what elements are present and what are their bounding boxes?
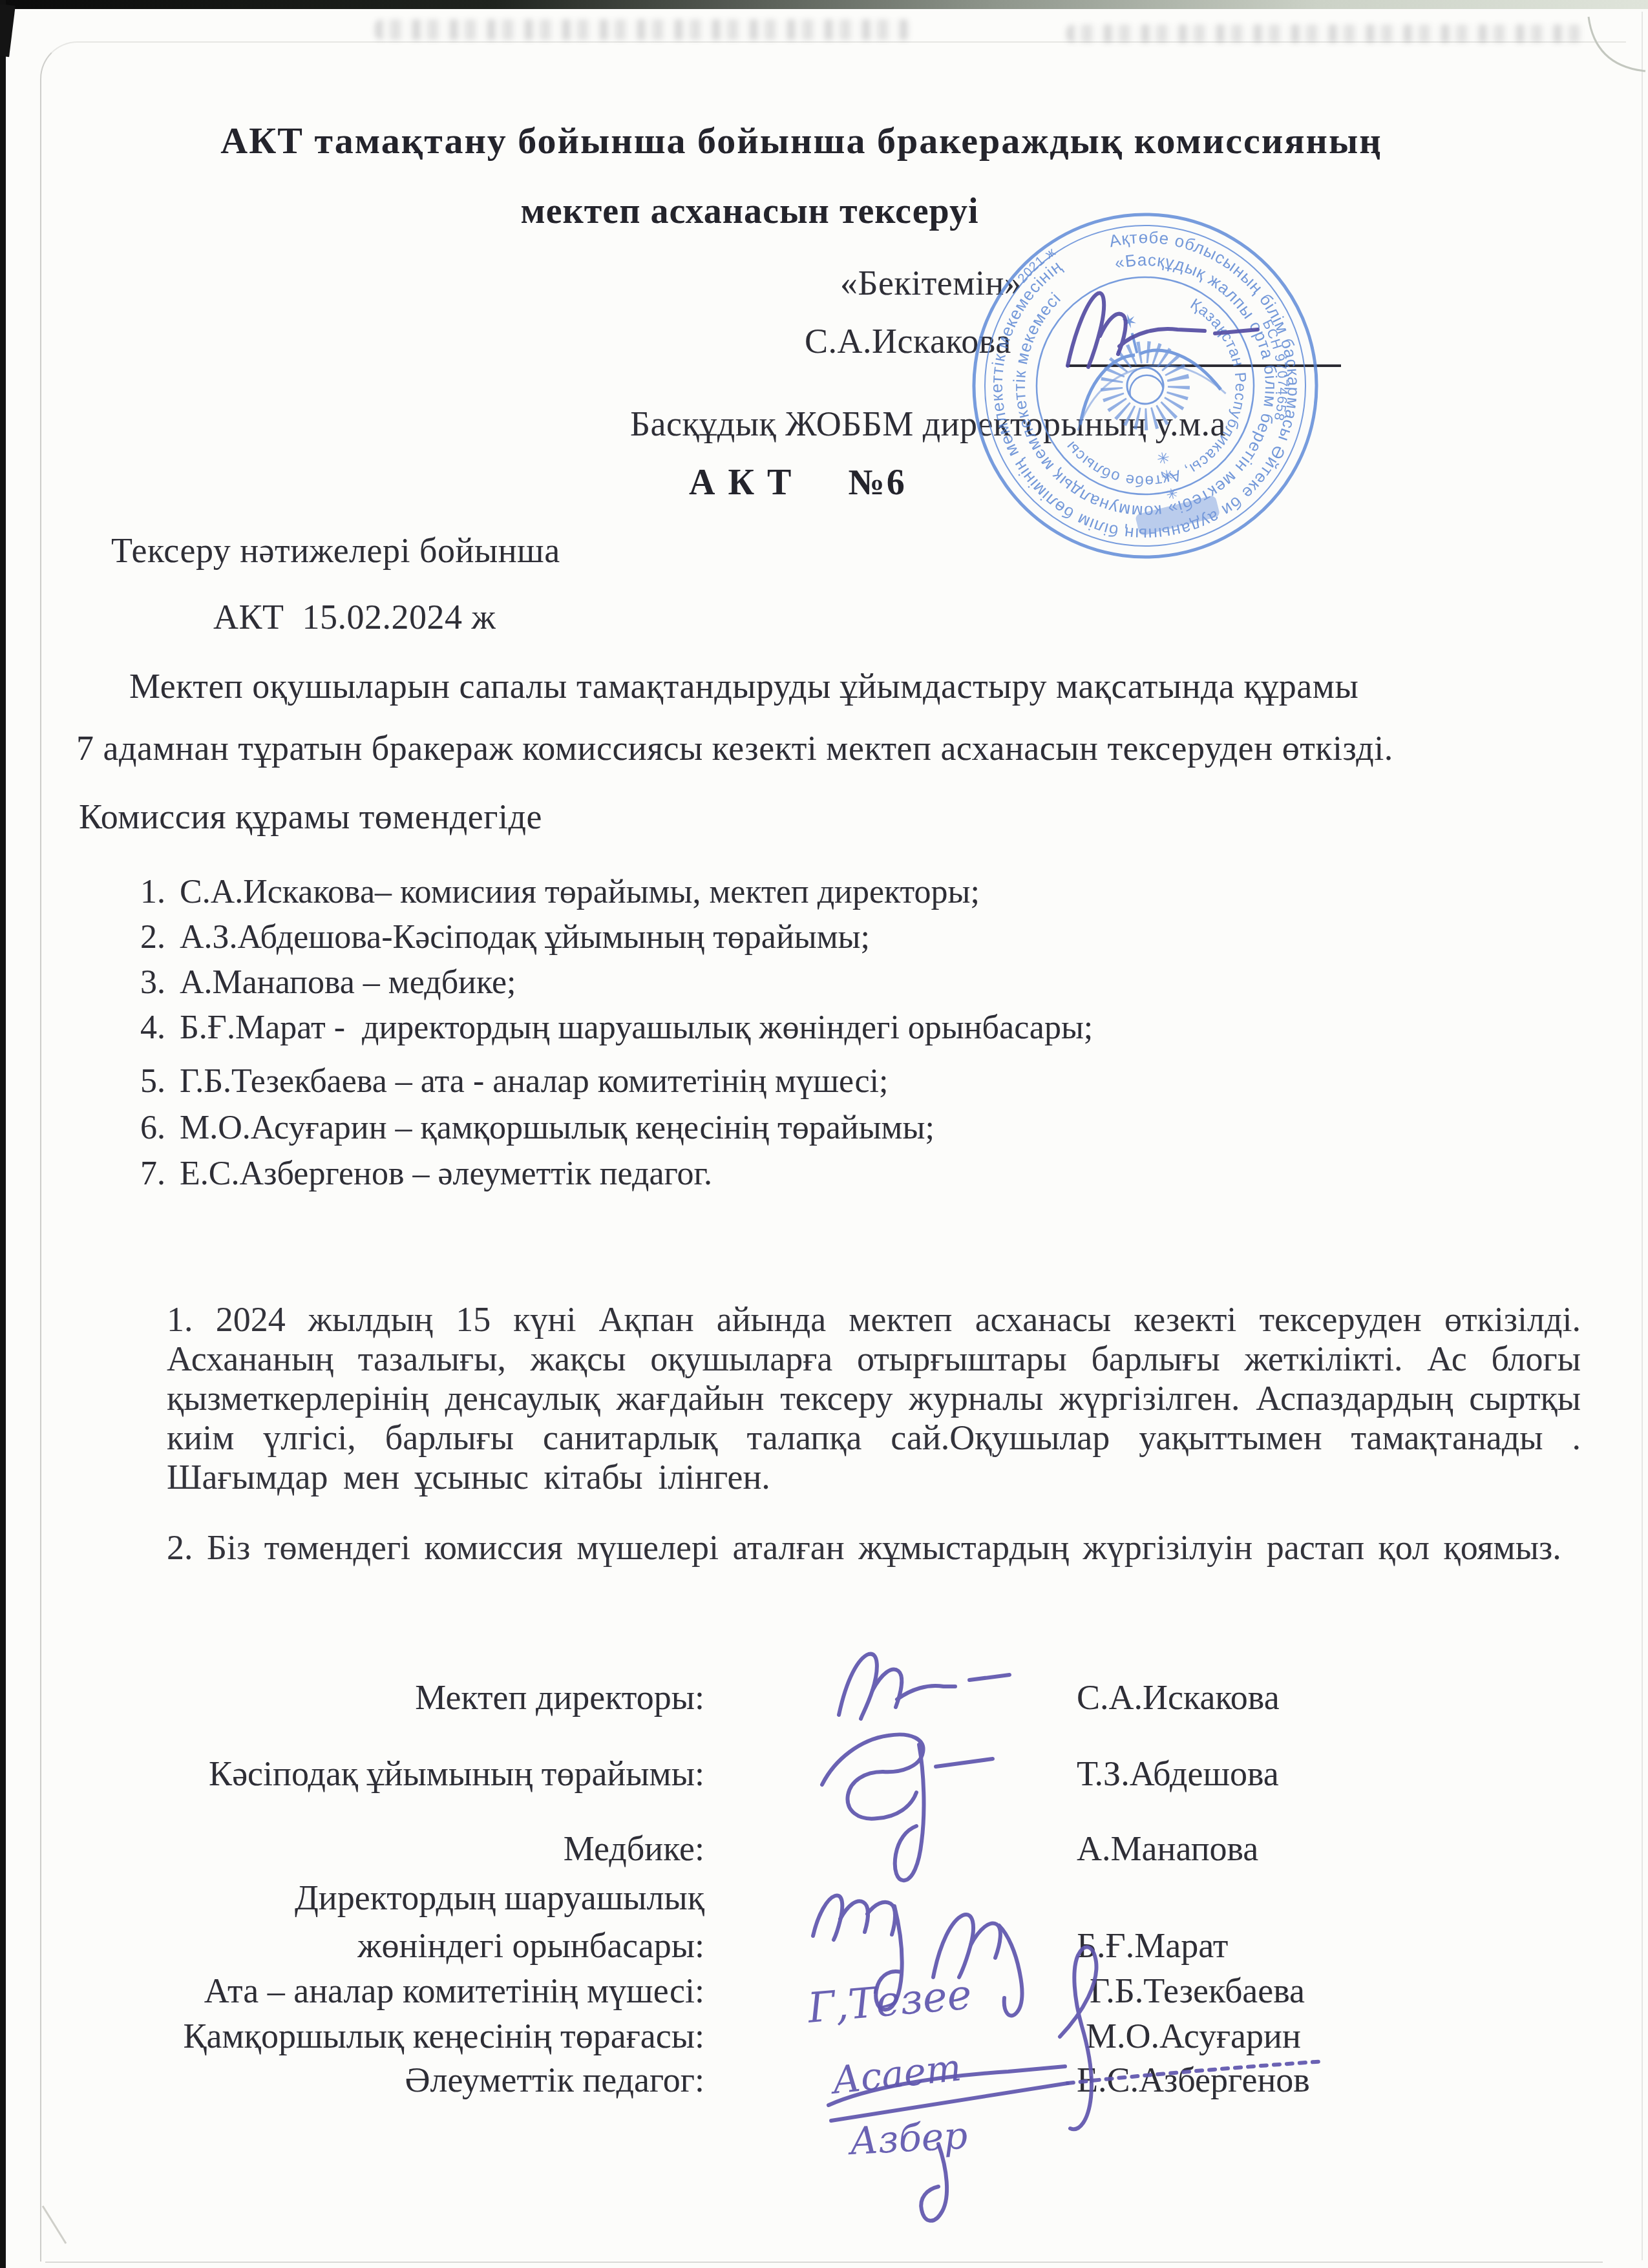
- scan-edge-corner: [0, 4, 16, 57]
- approver-name: С.А.Искакова: [805, 322, 1011, 361]
- signature-row-name: С.А.Искакова: [1077, 1677, 1280, 1717]
- list-item-text: Г.Б.Тезекбаева – ата - аналар комитетіні…: [180, 1063, 888, 1100]
- signature-row-name: Б.Ғ.Марат: [1077, 1926, 1228, 1966]
- ghost-text-smudge-right: [1066, 25, 1583, 43]
- scanned-document-page: { "doc": { "title_line1": "АКТ тамақтану…: [0, 0, 1648, 2268]
- act-date-line: АКТ 15.02.2024 ж: [213, 598, 496, 636]
- results-line: Тексеру нәтижелері бойынша: [111, 531, 560, 570]
- commission-heading: Комиссия құрамы төмендегіде: [79, 797, 542, 836]
- signature-rule: [1066, 364, 1341, 367]
- scan-edge-left: [0, 0, 6, 2268]
- list-item-number: 1.: [127, 874, 165, 911]
- signature-row-name: А.Манапова: [1077, 1829, 1258, 1869]
- signature-row-name: Е.С.Азбергенов: [1077, 2060, 1310, 2100]
- list-item-text: А.З.Абдешова-Кәсіподақ ұйымының төрайымы…: [180, 919, 870, 956]
- list-item-number: 7.: [127, 1155, 165, 1193]
- list-item-text: А.Манапова – медбике;: [180, 964, 516, 1002]
- ghost-text-smudge-left: [375, 19, 911, 40]
- signature-row-label: Кәсіподақ ұйымының төрайымы:: [90, 1754, 704, 1794]
- approval-quote: «Бекітемін»: [840, 264, 1022, 302]
- list-item-text: Б.Ғ.Марат - директордың шаруашылық жөнін…: [180, 1009, 1093, 1047]
- scan-edge-bottom: [45, 2262, 1603, 2263]
- document-title-line2: мектеп асханасын тексеруі: [0, 191, 1499, 232]
- signature-row-name: Т.З.Абдешова: [1077, 1754, 1279, 1794]
- intro-line2: 7 адамнан тұратын бракераж комиссиясы ке…: [76, 729, 1393, 768]
- list-item-text: Е.С.Азбергенов – әлеуметтік педагог.: [180, 1155, 712, 1193]
- signature-row-name: М.О.Асуғарин: [1086, 2016, 1301, 2056]
- signature-row-label-line1: Директордың шаруашылық: [90, 1878, 704, 1918]
- act-number-heading: А К Т №6: [689, 463, 907, 503]
- signature-row-label: Ата – аналар комитетінің мүшесі:: [90, 1971, 704, 2011]
- signature-row-label: Медбике:: [90, 1829, 704, 1869]
- signature-row-label: Әлеуметтік педагог:: [90, 2060, 704, 2100]
- list-item-number: 4.: [127, 1009, 165, 1047]
- list-item-text: М.О.Асуғарин – қамқоршылық кеңесінің төр…: [180, 1109, 935, 1147]
- scan-edge-top: [0, 0, 1648, 9]
- list-item-number: 5.: [127, 1063, 165, 1100]
- list-item-number: 3.: [127, 964, 165, 1002]
- signature-row-label: Қамқоршылық кеңесінің төрағасы:: [90, 2016, 704, 2056]
- signature-row-label-line2: жөніндегі орынбасары:: [90, 1926, 704, 1966]
- signature-row-label: Мектеп директоры:: [90, 1677, 704, 1717]
- body-paragraph-2: 2. Біз төмендегі комиссия мүшелері аталғ…: [167, 1522, 1581, 1573]
- body-paragraph-1: 1. 2024 жылдың 15 күні Ақпан айында мект…: [167, 1300, 1581, 1497]
- intro-line1: Мектеп оқушыларын сапалы тамақтандыруды …: [129, 667, 1358, 706]
- document-title-line1: АКТ тамақтану бойынша бойынша бракеражды…: [0, 120, 1603, 162]
- scan-edge-right: [1642, 12, 1643, 2260]
- list-item-number: 2.: [127, 919, 165, 956]
- list-item-number: 6.: [127, 1109, 165, 1147]
- approver-role: Басқұдық ЖОББМ директорының у.м.а: [630, 404, 1226, 443]
- signature-row-name: Г.Б.Тезекбаева: [1090, 1971, 1305, 2011]
- list-item-text: С.А.Искакова– комисиия төрайымы, мектеп …: [180, 874, 980, 911]
